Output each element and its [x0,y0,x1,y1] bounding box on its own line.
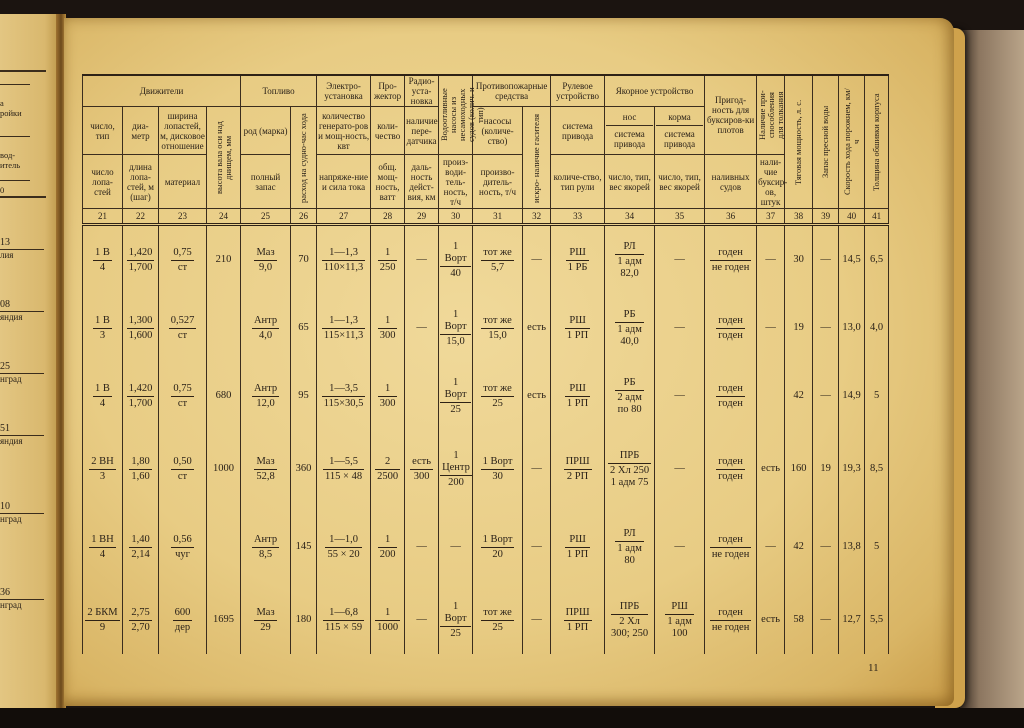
header-c33-bottom: количе-ство, тип рули [551,155,605,209]
numerator: ПРШ [564,607,592,621]
header-anchor-bow: носсистема привода [605,107,655,155]
cell-c27: 1—1,3115×11,3 [317,294,371,362]
cell-c24: 1695 [207,586,241,654]
header-c25-top: род (марка) [241,107,291,155]
numerator: 2 ВН [89,456,115,470]
stub-rule [0,136,30,137]
numerator: Антр [252,534,279,548]
header-speed-text: Скорость хода порожнем, км/ч [843,87,861,197]
denominator: 52,8 [254,470,276,483]
col-number: 37 [757,209,785,225]
denominator: 1 адм [665,615,694,628]
col-number: 39 [813,209,839,225]
denominator: 15,0 [440,335,471,348]
header-c27-bottom: напряже-ние и сила тока [317,155,371,209]
denominator: 1,700 [127,397,155,410]
cell-c38: 58 [785,586,813,654]
background-right [960,30,1024,720]
fraction-value: 1—3,5115×30,5 [322,383,366,410]
header-hull: Толщина обшивки корпуса [865,75,889,209]
fraction-value: 1,402,14 [129,534,151,561]
cell-c39: — [813,586,839,654]
denominator: 8,5 [252,548,279,561]
denominator: 25 [440,403,471,416]
cell-c31: 1 Ворт20 [473,508,523,586]
denominator: 2,70 [129,621,151,634]
denominator: 300 [378,329,398,342]
cell-c22: 1,801,60 [123,430,159,508]
numerator: 600 [173,607,193,621]
header-raft-towing: Пригод-ность для буксиров-ки плотов [705,75,757,155]
header-radio: Радио-уста-новка [405,75,439,107]
cell-c21: 1 В4 [83,362,123,430]
col-number: 24 [207,209,241,225]
fraction-value: годенне годен [710,534,752,561]
denominator: 2500 [375,470,400,483]
cell-c41: 5,5 [865,586,889,654]
cell-c28: 22500 [371,430,405,508]
header-c35-bottom: число, тип, вес якорей [655,155,705,209]
col-number: 23 [159,209,207,225]
fraction-value: 1—1,3115×11,3 [322,315,365,342]
numerator: годен [716,383,745,397]
stub-row: 10нград [0,501,44,524]
numerator: 1 [378,534,398,548]
numerator: 1 [375,607,400,621]
header-electrical: Электро-установка [317,75,371,107]
stub-row-bottom: нград [0,514,44,524]
cell-c41: 4,0 [865,294,889,362]
cell-c22: 2,752,70 [123,586,159,654]
fraction-value: 2,752,70 [129,607,151,634]
denominator: не годен [710,621,752,634]
stub-rule [0,84,30,85]
stub-row: 13лия [0,237,44,260]
fraction-value: РШ1 РП [565,383,590,410]
cell-c23: 0,50ст [159,430,207,508]
cell-c36: годенгоден [705,430,757,508]
fraction-value: 0,527ст [169,315,197,342]
cell-c24: 1000 [207,430,241,508]
header-c32-bottom: наличие гасителя [531,113,541,176]
numerator: есть [410,456,433,470]
denominator: 300 [410,470,433,483]
denominator: дер [173,621,193,634]
numerator: 1—1,0 [325,534,361,548]
cell-c25: Маз29 [241,586,291,654]
denominator: 1 адм 75 [608,477,651,489]
cell-c27: 1—1,3110×11,3 [317,225,371,295]
denominator: 100 [665,628,694,640]
numerator: ПРБ [611,601,648,615]
cell-c39: — [813,225,839,295]
stub-row-top: 13 [0,237,44,250]
stub-row-bottom: яндия [0,436,44,446]
col-number: 41 [865,209,889,225]
header-pushing-text: Наличие при-способления для толкания [758,85,785,145]
denominator: 1,60 [129,470,151,483]
table-row: 1 ВН41,402,140,56чугАнтр8,51451—1,055 × … [83,508,889,586]
header-c24-text: высота вала оси над днищем, мм [215,108,233,208]
numerator: 1 [378,383,398,397]
cell-c26: 95 [291,362,317,430]
header-c27-top: количество генерато-ров и мощ-ность, квт [317,107,371,155]
header-c33-top: система привода [551,107,605,155]
cell-c28: 1300 [371,294,405,362]
cell-c37: — [757,508,785,586]
denominator: 9 [85,621,119,634]
numerator: РШ [566,247,590,261]
denominator: 4 [93,261,112,274]
header-hull-text: Толщина обшивки корпуса [872,87,881,197]
cell-c40: 13,0 [839,294,865,362]
numerator: 1 В [93,383,112,397]
header-tow-power: Тяговая мощность, л. с. [785,75,813,209]
cell-c29: есть300 [405,430,439,508]
fraction-value: 1 Ворт25 [440,601,471,640]
numerator: РБ [615,309,644,323]
numerator: РБ [615,377,644,391]
cell-c26: 145 [291,508,317,586]
fraction-value: 1,4201,700 [127,383,155,410]
cell-c34: РБ1 адм40,0 [605,294,655,362]
denominator: не годен [710,261,752,274]
cell-c28: 1300 [371,362,405,430]
fraction-value: Маз9,0 [254,247,276,274]
header-tow-power-text: Тяговая мощность, л. с. [794,87,803,197]
fraction-value: 1200 [378,534,398,561]
stub-row-top: 08 [0,299,44,312]
fraction-value: Маз52,8 [254,456,276,483]
header-fresh-water: Запас пресной воды [813,75,839,209]
cell-c28: 1250 [371,225,405,295]
cell-c40: 19,3 [839,430,865,508]
denominator: 1,600 [127,329,155,342]
fraction-value: 1—5,5115 × 48 [323,456,364,483]
cell-c23: 0,527ст [159,294,207,362]
numerator: 1 В [93,315,112,329]
numerator: 2,75 [129,607,151,621]
header-c22-top: диа-метр [123,107,159,155]
anchor-stern-label: корма [656,112,703,126]
cell-c37 [757,362,785,430]
cell-c41: 6,5 [865,225,889,295]
cell-c35: — [655,430,705,508]
stub-header-line: ройки [0,108,22,118]
fraction-value: Маз29 [254,607,276,634]
denominator: 115×30,5 [322,397,366,410]
background-bottom [0,708,1024,728]
numerator: годен [716,315,745,329]
denominator: не годен [710,548,752,561]
fraction-value: РШ1 РП [565,315,590,342]
fraction-value: 1300 [378,383,398,410]
fraction-value: 1,801,60 [129,456,151,483]
cell-c38: 19 [785,294,813,362]
fraction-value: 1 Центр200 [440,450,472,489]
cell-c37: — [757,225,785,295]
cell-c23: 0,56чуг [159,508,207,586]
cell-c27: 1—5,5115 × 48 [317,430,371,508]
fraction-value: тот же25 [481,383,514,410]
cell-c29: — [405,586,439,654]
numerator: ПРБ [608,450,651,464]
fraction-value: Антр12,0 [252,383,279,410]
denominator: 9,0 [254,261,276,274]
numerator: годен [716,456,745,470]
numerator: 0,527 [169,315,197,329]
fraction-value: РШ1 РП [565,534,590,561]
denominator: ст [171,261,193,274]
header-c34-top: система привода [606,129,653,149]
numerator: Маз [254,607,276,621]
numerator: 1,40 [129,534,151,548]
header-c35-top: система привода [656,129,703,149]
denominator: 3 [93,329,112,342]
stub-row: 08яндия [0,299,44,322]
header-anchor-stern: кормасистема привода [655,107,705,155]
denominator: 2 Хл 250 [608,464,651,477]
denominator: 250 [378,261,398,274]
denominator: 1 адм [615,255,644,268]
cell-c34: РЛ1 адм82,0 [605,225,655,295]
numerator: 0,75 [171,383,193,397]
cell-c31: 1 Ворт30 [473,430,523,508]
fraction-value: ПРШ2 РП [564,456,592,483]
denominator: 2,14 [129,548,151,561]
cell-c35: — [655,225,705,295]
cell-c27: 1—3,5115×30,5 [317,362,371,430]
stub-rule [0,196,46,198]
numerator: 1,300 [127,315,155,329]
cell-c28: 1200 [371,508,405,586]
cell-c32: — [523,225,551,295]
stub-row-bottom: яндия [0,312,44,322]
cell-c31: тот же15,0 [473,294,523,362]
denominator: 40,0 [615,336,644,348]
cell-c30: 1 Ворт25 [439,586,473,654]
stub-row-top: 25 [0,361,44,374]
denominator: 300 [378,397,398,410]
header-c34-bottom: число, тип, вес якорей [605,155,655,209]
header-fuel: Топливо [241,75,317,107]
cell-c22: 1,4201,700 [123,362,159,430]
numerator: 1 ВН [89,534,115,548]
numerator: РШ [565,534,590,548]
cell-c39: — [813,508,839,586]
stub-rule [0,180,30,181]
cell-c25: Антр12,0 [241,362,291,430]
col-number: 26 [291,209,317,225]
denominator: 2 РП [564,470,592,483]
cell-c34: РБ2 адмпо 80 [605,362,655,430]
numerator: 1 Ворт [440,241,471,267]
cell-c23: 0,75ст [159,362,207,430]
fraction-value: ПРБ2 Хл300; 250 [611,601,648,640]
header-c21-bottom: число лопа-стей [83,155,123,209]
denominator: 4 [89,548,115,561]
numerator: РШ [665,601,694,615]
cell-c21: 2 БКМ9 [83,586,123,654]
denominator: 40 [440,267,471,280]
cell-c37: есть [757,586,785,654]
denominator: 1 РП [565,548,590,561]
cell-c40: 13,8 [839,508,865,586]
numerator: годен [710,247,752,261]
header-c22-bottom: длина лопа-стей, м (шаг) [123,155,159,209]
numerator: тот же [481,315,514,329]
denominator: чуг [171,548,193,561]
cell-c27: 1—6,8115 × 59 [317,586,371,654]
col-number: 38 [785,209,813,225]
denominator: 1,700 [127,261,155,274]
header-c37-bottom: нали-чие буксир-ов, штук [757,155,785,209]
fraction-value: ПРБ2 Хл 2501 адм 75 [608,450,651,489]
stub-header-line: вод- [0,150,15,160]
denominator: 25 [481,397,514,410]
numerator: 1,420 [127,247,155,261]
cell-c33: ПРШ2 РП [551,430,605,508]
fraction-value: 2 ВН3 [89,456,115,483]
numerator: ПРШ [564,456,592,470]
cell-c25: Антр4,0 [241,294,291,362]
cell-c29: — [405,225,439,295]
cell-c26: 180 [291,586,317,654]
fraction-value: Антр4,0 [252,315,279,342]
table-row: 1 В31,3001,6000,527стАнтр4,0651—1,3115×1… [83,294,889,362]
cell-c30: 1 Ворт15,0 [439,294,473,362]
denominator: 1 РБ [566,261,590,274]
fraction-value: 0,75ст [171,383,193,410]
table-row: 1 В41,4201,7000,75ст210Маз9,0701—1,3110×… [83,225,889,295]
fraction-value: 22500 [375,456,400,483]
denominator: 110×11,3 [322,261,365,274]
denominator: 4 [93,397,112,410]
cell-c33: РШ1 РП [551,508,605,586]
column-numbers-row: 21 22 23 24 25 26 27 28 29 30 31 32 33 3… [83,209,889,225]
anchor-bow-label: нос [606,112,653,126]
cell-c33: РШ1 РП [551,362,605,430]
cell-c35: — [655,362,705,430]
fraction-value: годенне годен [710,607,752,634]
cell-c25: Маз9,0 [241,225,291,295]
numerator: 1—3,5 [322,383,366,397]
fraction-value: 11000 [375,607,400,634]
col-number: 34 [605,209,655,225]
fraction-value: Антр8,5 [252,534,279,561]
header-c26: расход на судно-час хода [291,107,317,209]
table-row: 2 ВН31,801,600,50ст1000Маз52,83601—5,511… [83,430,889,508]
fraction-value: 600дер [173,607,193,634]
denominator: 1 адм [615,542,644,555]
table-body: 1 В41,4201,7000,75ст210Маз9,0701—1,3110×… [83,225,889,655]
fraction-value: годенне годен [710,247,752,274]
cell-c41: 5 [865,508,889,586]
numerator: 1 Ворт [440,309,471,335]
cell-c36: годенгоден [705,294,757,362]
page-number: 11 [868,662,879,674]
cell-c38: 42 [785,362,813,430]
col-number: 27 [317,209,371,225]
cell-c33: ПРШ1 РП [551,586,605,654]
fraction-value: 1300 [378,315,398,342]
fraction-value: 1 Ворт20 [481,534,515,561]
denominator: ст [171,470,193,483]
fraction-value: 0,56чуг [171,534,193,561]
fraction-value: 0,50ст [171,456,193,483]
fraction-value: ПРШ1 РП [564,607,592,634]
denominator: 20 [481,548,515,561]
cell-c30: 1 Ворт25 [439,362,473,430]
denominator: 1 РП [565,329,590,342]
header-c32-top: искро- [531,178,541,202]
cell-c36: годенне годен [705,508,757,586]
header-c30-bottom: произ-води-тель-ность, т/ч [439,155,473,209]
cell-c37: есть [757,430,785,508]
cell-c29: — [405,294,439,362]
col-number: 29 [405,209,439,225]
cell-c31: тот же25 [473,586,523,654]
header-c21-top: число, тип [83,107,123,155]
denominator: 115×11,3 [322,329,365,342]
fraction-value: 1 ВН4 [89,534,115,561]
header-speed: Скорость хода порожнем, км/ч [839,75,865,209]
table-row: 1 В41,4201,7000,75ст680Антр12,0951—3,511… [83,362,889,430]
col-number: 33 [551,209,605,225]
cell-c40: 14,5 [839,225,865,295]
numerator: 1 Ворт [481,456,515,470]
numerator: 0,50 [171,456,193,470]
cell-c33: РШ1 РБ [551,225,605,295]
denominator: ст [171,397,193,410]
denominator: 200 [440,476,472,489]
numerator: 1 [378,315,398,329]
numerator: РШ [565,315,590,329]
denominator: 4,0 [252,329,279,342]
cell-c24 [207,508,241,586]
cell-c35: РШ1 адм100 [655,586,705,654]
cell-c35: — [655,294,705,362]
fraction-value: РБ1 адм40,0 [615,309,644,348]
header-drain-pumps-text: Водоотливные насосы из несамоходных судо… [440,82,485,148]
cell-c32: — [523,508,551,586]
stub-row-top: 36 [0,587,44,600]
denominator: 2 адм [615,391,644,404]
header-anchor: Якорное устройство [605,75,705,107]
header-c32-text: искро- наличие гасителя [532,108,541,208]
cell-c41: 8,5 [865,430,889,508]
numerator: годен [710,534,752,548]
cell-c22: 1,402,14 [123,508,159,586]
cell-c35: — [655,508,705,586]
fraction-value: 2 БКМ9 [85,607,119,634]
fraction-value: 1 Ворт15,0 [440,309,471,348]
numerator: 2 [375,456,400,470]
denominator: 29 [254,621,276,634]
fraction-value: 1 Ворт25 [440,377,471,416]
header-c28-top: коли-чество [371,107,405,155]
numerator: 1 Ворт [440,601,471,627]
numerator: 0,56 [171,534,193,548]
cell-c32: — [523,586,551,654]
numerator: 1—5,5 [323,456,364,470]
numerator: 0,75 [171,247,193,261]
col-number: 32 [523,209,551,225]
denominator: по 80 [615,404,644,416]
header-pushing: Наличие при-способления для толкания [757,75,785,155]
cell-c38: 30 [785,225,813,295]
numerator: 1,80 [129,456,151,470]
